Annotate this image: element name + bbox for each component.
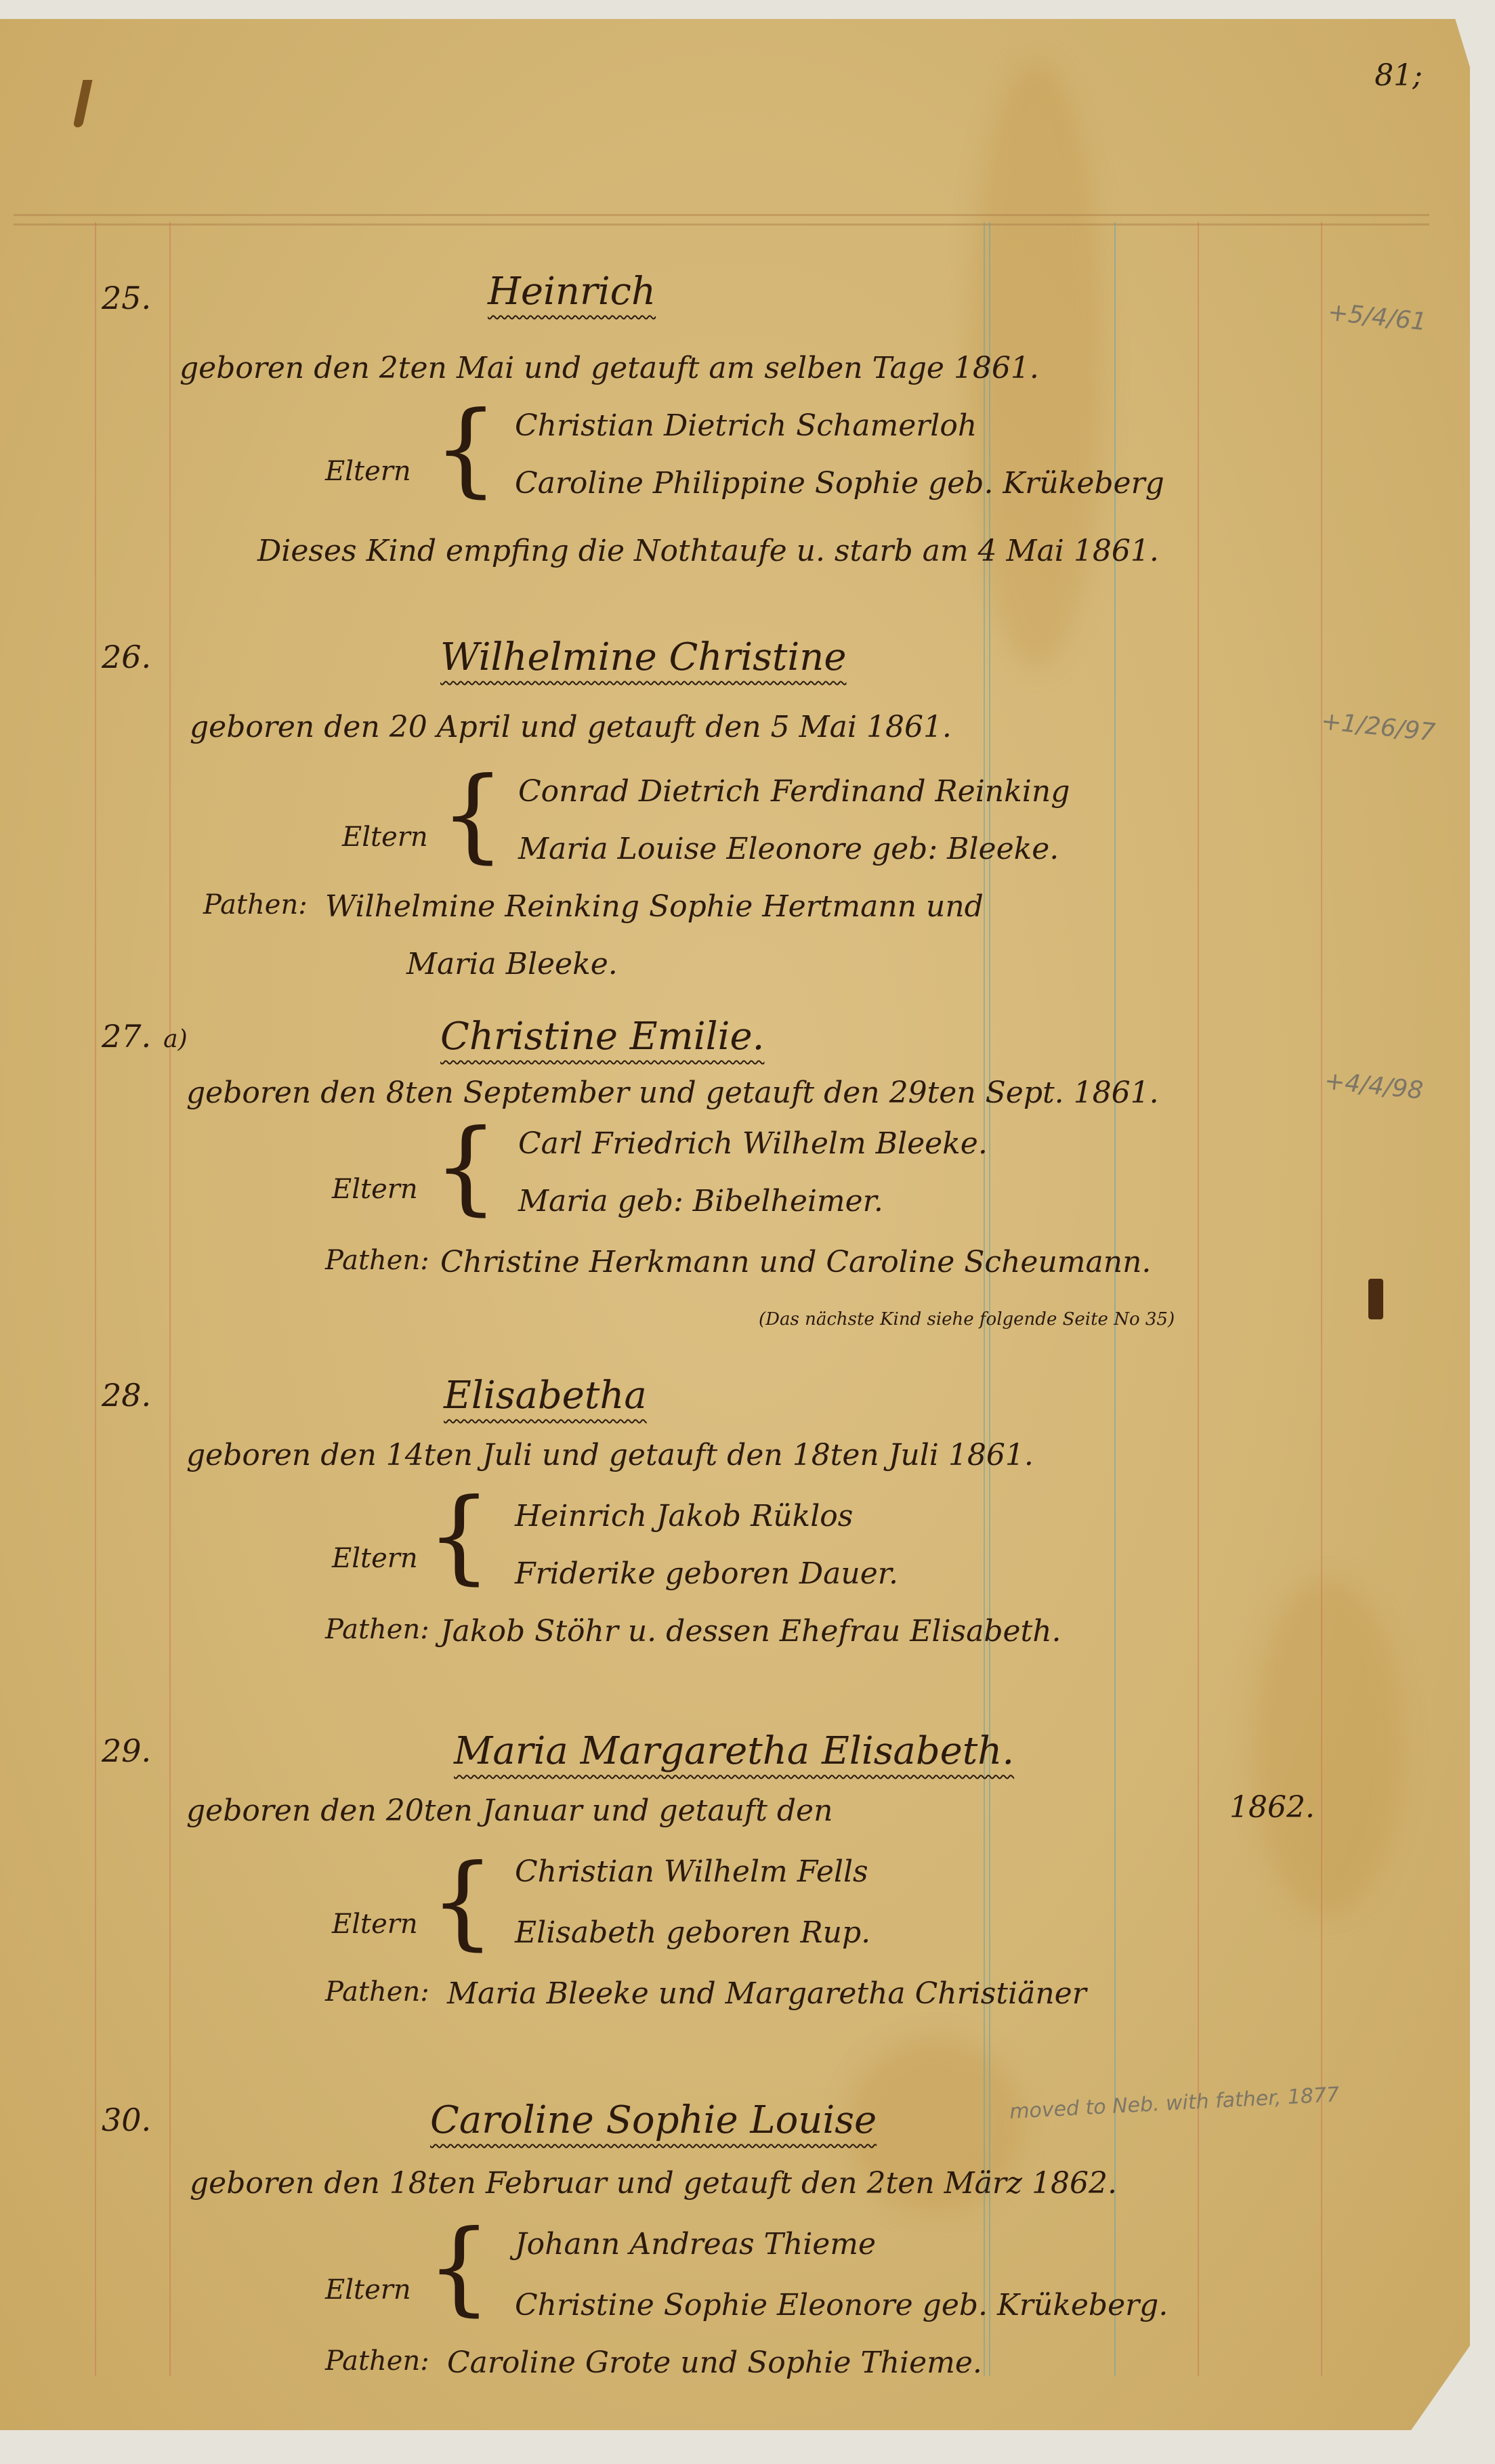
father-name: Carl Friedrich Wilhelm Bleeke. <box>518 1126 988 1161</box>
child-name: Heinrich <box>488 270 656 314</box>
ink-blot <box>1368 1279 1383 1319</box>
sponsors-names: Caroline Grote und Sophie Thieme. <box>447 2345 982 2380</box>
entry-note: Dieses Kind empfing die Nothtaufe u. sta… <box>257 534 1159 568</box>
brace-icon: { <box>440 764 505 866</box>
child-name: Caroline Sophie Louise <box>430 2098 877 2142</box>
death-date-note: +5/4/61 <box>1326 298 1428 336</box>
child-name: Maria Margaretha Elisabeth. <box>454 1729 1014 1773</box>
entry-number: 28. <box>102 1377 151 1414</box>
entry-number: 25. <box>102 280 151 316</box>
entry-number: 29. <box>102 1733 151 1769</box>
death-date-note: +4/4/98 <box>1323 1067 1425 1105</box>
child-name: Christine Emilie. <box>440 1015 764 1059</box>
father-name: Christian Wilhelm Fells <box>515 1854 868 1889</box>
entry-suffix: a) <box>163 1025 188 1053</box>
margin-line <box>169 222 171 2376</box>
entry-number: 26. <box>102 639 151 675</box>
margin-line <box>95 222 96 2376</box>
sponsors-label: Pathen: <box>325 2345 429 2377</box>
birth-baptism-line: geboren den 18ten Februar und getauft de… <box>190 2166 1117 2201</box>
parents-label: Eltern <box>332 1909 418 1940</box>
baptism-year: 1862. <box>1229 1790 1315 1825</box>
child-name: Elisabetha <box>444 1374 647 1418</box>
mother-name: Caroline Philippine Sophie geb. Krükeber… <box>515 466 1164 501</box>
father-name: Johann Andreas Thieme <box>515 2227 876 2261</box>
sponsors-names-cont: Maria Bleeke. <box>406 947 618 981</box>
brace-icon: { <box>434 398 498 500</box>
death-date-note: +1/26/97 <box>1320 707 1436 746</box>
page-number: 81; <box>1374 58 1423 93</box>
father-name: Heinrich Jakob Rüklos <box>515 1499 853 1533</box>
mother-name: Christine Sophie Eleonore geb. Krükeberg… <box>515 2288 1168 2322</box>
sponsors-names: Christine Herkmann und Caroline Scheuman… <box>440 1245 1151 1279</box>
brace-icon: { <box>434 1116 498 1218</box>
footnote: (Das nächste Kind siehe folgende Seite N… <box>759 1309 1175 1330</box>
parents-label: Eltern <box>332 1543 418 1574</box>
mother-name: Maria geb: Bibelheimer. <box>518 1184 883 1218</box>
parents-label: Eltern <box>342 822 428 853</box>
entry-number: 30. <box>102 2102 151 2138</box>
entry-number: 27.a) <box>102 1018 188 1055</box>
sponsors-label: Pathen: <box>325 1245 429 1276</box>
birth-baptism-line: geboren den 14ten Juli und getauft den 1… <box>186 1438 1034 1472</box>
mother-name: Friderike geboren Dauer. <box>515 1556 898 1591</box>
column-line <box>1198 222 1199 2376</box>
sponsors-label: Pathen: <box>325 1976 429 2008</box>
mother-name: Elisabeth geboren Rup. <box>515 1915 870 1950</box>
parents-label: Eltern <box>325 2274 411 2306</box>
water-stain <box>1253 1577 1402 1915</box>
father-name: Conrad Dietrich Ferdinand Reinking <box>518 774 1070 809</box>
mother-name: Maria Louise Eleonore geb: Bleeke. <box>518 832 1059 866</box>
parents-label: Eltern <box>332 1174 418 1205</box>
sponsors-label: Pathen: <box>203 889 308 920</box>
sponsors-names: Jakob Stöhr u. dessen Ehefrau Elisabeth. <box>440 1614 1061 1649</box>
birth-baptism-line: geboren den 8ten September und getauft d… <box>186 1076 1159 1110</box>
sponsors-names: Wilhelmine Reinking Sophie Hertmann und <box>325 889 984 924</box>
brace-icon: { <box>427 2217 491 2318</box>
header-rule <box>14 224 1429 226</box>
sponsors-names: Maria Bleeke und Margaretha Christiäner <box>447 1976 1087 2011</box>
father-name: Christian Dietrich Schamerloh <box>515 408 977 443</box>
header-rule <box>14 214 1429 216</box>
child-name: Wilhelmine Christine <box>440 635 846 679</box>
birth-baptism-line: geboren den 20ten Januar und getauft den <box>186 1793 833 1828</box>
register-page: 81; 25. Heinrich +5/4/61 geboren den 2te… <box>0 19 1470 2430</box>
birth-baptism-line: geboren den 20 April und getauft den 5 M… <box>190 710 952 744</box>
brace-icon: { <box>430 1851 494 1953</box>
parents-label: Eltern <box>325 456 411 487</box>
column-line <box>1321 222 1322 2376</box>
sponsors-label: Pathen: <box>325 1614 429 1645</box>
birth-baptism-line: geboren den 2ten Mai und getauft am selb… <box>180 351 1039 385</box>
migration-note: moved to Neb. with father, 1877 <box>1009 2083 1340 2123</box>
brace-icon: { <box>427 1485 491 1587</box>
ink-mark <box>73 80 93 127</box>
